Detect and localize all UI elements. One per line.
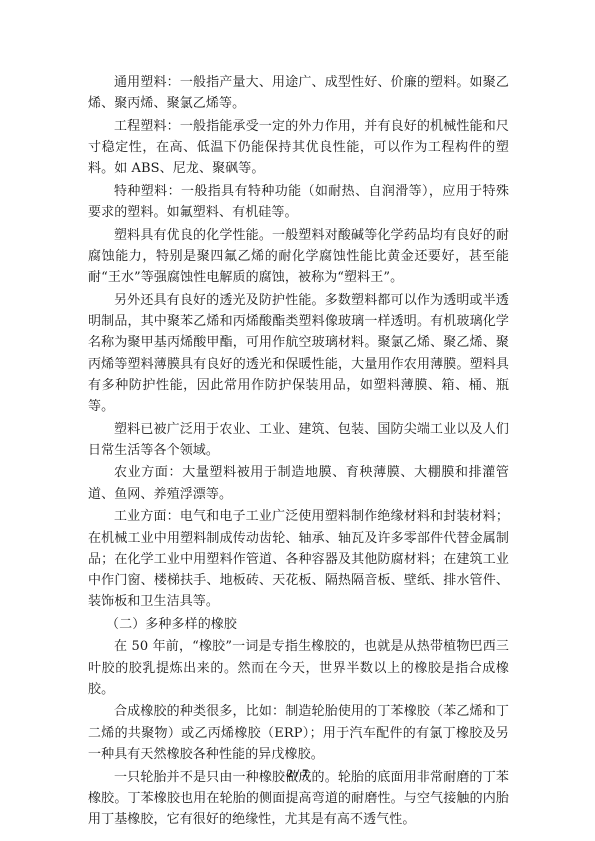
document-page: 通用塑料：一般指产量大、用途广、成型性好、价廉的塑料。如聚乙烯、聚丙烯、聚氯乙烯… [0,0,595,841]
paragraph-special-plastics: 特种塑料：一般指具有特种功能（如耐热、自润滑等），应用于特殊要求的塑料。如氟塑料… [88,181,509,224]
section-heading-rubber: （二）多种多样的橡胶 [88,614,509,635]
paragraph-industry: 工业方面：电气和电子工业广泛使用塑料制作绝缘材料和封装材料；在机械工业中用塑料制… [88,506,509,612]
paragraph-chemical-properties: 塑料具有优良的化学性能。一般塑料对酸碱等化学药品均有良好的耐腐蚀能力，特别是聚四… [88,225,509,289]
paragraph-agriculture: 农业方面：大量塑料被用于制造地膜、育秧薄膜、大棚膜和排灌管道、鱼网、养殖浮漂等。 [88,462,509,505]
page-number: 2 / 7 [0,766,595,781]
paragraph-general-plastics: 通用塑料：一般指产量大、用途广、成型性好、价廉的塑料。如聚乙烯、聚丙烯、聚氯乙烯… [88,72,509,115]
paragraph-synthetic-rubber: 合成橡胶的种类很多，比如：制造轮胎使用的丁苯橡胶（苯乙烯和丁二烯的共聚物）或乙丙… [88,701,509,765]
paragraph-rubber-history: 在 50 年前，“橡胶”一词是专指生橡胶的，也就是从热带植物巴西三叶胶的胶乳提炼… [88,636,509,700]
paragraph-optical-protective: 另外还具有良好的透光及防护性能。多数塑料都可以作为透明或半透明制品，其中聚苯乙烯… [88,290,509,418]
document-body: 通用塑料：一般指产量大、用途广、成型性好、价廉的塑料。如聚乙烯、聚丙烯、聚氯乙烯… [88,72,509,832]
paragraph-applications: 塑料已被广泛用于农业、工业、建筑、包装、国防尖端工业以及人们日常生活等各个领域。 [88,419,509,462]
paragraph-engineering-plastics: 工程塑料：一般指能承受一定的外力作用，并有良好的机械性能和尺寸稳定性，在高、低温… [88,116,509,180]
